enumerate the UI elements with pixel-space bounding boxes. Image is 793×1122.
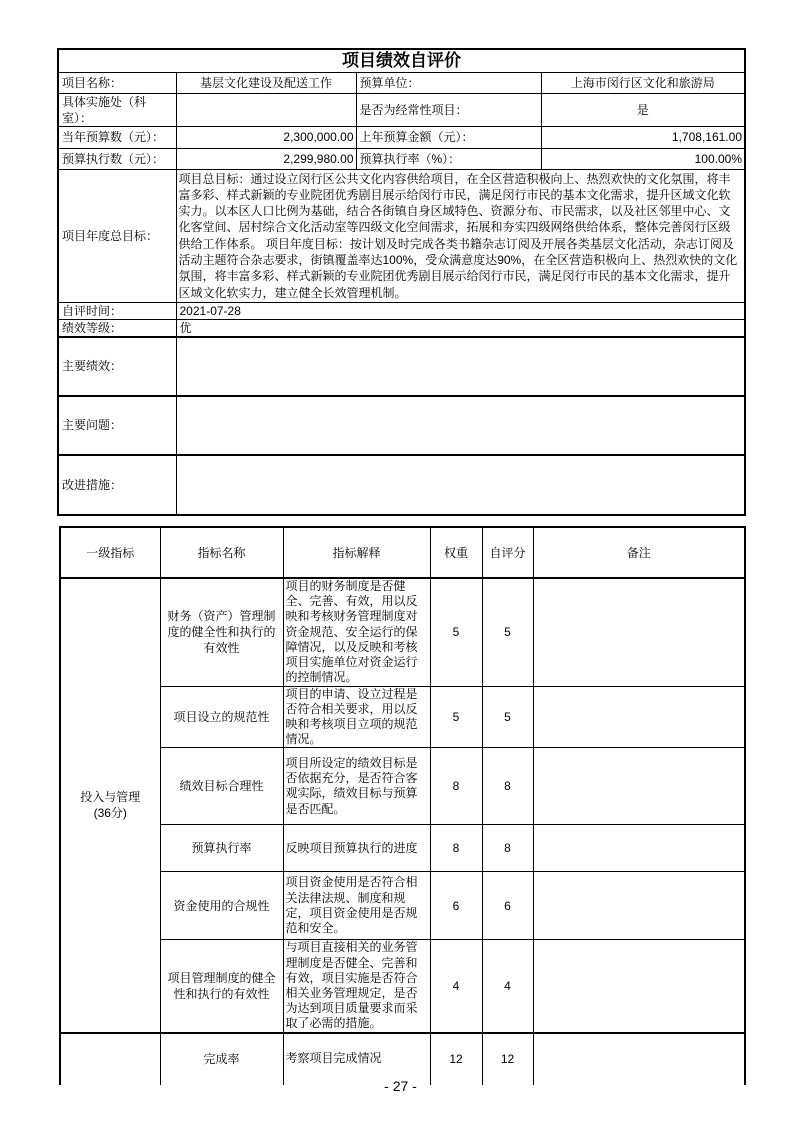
indicator-explain: 项目的申请、设立过程是否符合相关要求，用以反映和考核项目立项的规范情况。 [283,686,430,748]
header-score: 自评分 [482,527,533,578]
indicator-note [533,872,745,940]
indicator-name: 资金使用的合规性 [160,872,283,940]
budget-unit-label: 预算单位： [356,72,541,93]
group-level1-input-management: 投入与管理 (36分) [60,578,160,1033]
indicators-table: 一级指标 指标名称 指标解释 权重 自评分 备注 投入与管理 (36分) 财务（… [59,526,746,1085]
indicator-explain: 项目的财务制度是否健全、完善、有效，用以反映和考核财务管理制度对资金规范、安全运… [283,578,430,686]
indicator-score: 8 [482,748,533,825]
header-name: 指标名称 [160,527,283,578]
summary-table: 项目绩效自评价 项目名称： 基层文化建设及配送工作 预算单位： 上海市闵行区文化… [57,48,746,516]
indicator-score: 6 [482,872,533,940]
indicator-explain: 项目资金使用是否符合相关法律法规、制度和规定，项目资金使用是否规范和安全。 [283,872,430,940]
prev-budget-value: 1,708,161.00 [541,126,745,148]
improvements-value [176,455,745,515]
indicator-name: 完成率 [160,1033,283,1085]
indicator-weight: 8 [430,825,482,872]
eval-date-value: 2021-07-28 [176,302,745,319]
indicator-explain: 考察项目完成情况 [283,1033,430,1085]
budget-unit-value: 上海市闵行区文化和旅游局 [541,72,745,93]
document-page: 项目绩效自评价 项目名称： 基层文化建设及配送工作 预算单位： 上海市闵行区文化… [0,0,793,1122]
indicator-score: 5 [482,578,533,686]
dept-label: 具体实施处（科室）： [58,93,176,126]
indicator-weight: 6 [430,872,482,940]
prev-budget-label: 上年预算金额（元）： [356,126,541,148]
indicator-score: 5 [482,686,533,748]
exec-rate-label: 预算执行率（%）： [356,148,541,169]
indicator-weight: 4 [430,940,482,1033]
achievements-label: 主要绩效： [58,337,176,396]
indicator-explain: 项目所设定的绩效目标是否依据充分，是否符合客观实际，绩效目标与预算是否匹配。 [283,748,430,825]
indicator-score: 8 [482,825,533,872]
header-level1: 一级指标 [60,527,160,578]
indicator-weight: 8 [430,748,482,825]
achievements-value [176,337,745,396]
indicator-score: 12 [482,1033,533,1085]
group-level1-next [60,1033,160,1085]
problems-value [176,396,745,455]
page-title: 项目绩效自评价 [58,49,745,72]
eval-date-label: 自评时间： [58,302,176,319]
dept-value [176,93,356,126]
recurrent-label: 是否为经常性项目： [356,93,541,126]
grade-label: 绩效等级： [58,319,176,337]
indicator-weight: 5 [430,578,482,686]
indicator-name: 项目设立的规范性 [160,686,283,748]
executed-label: 预算执行数（元）： [58,148,176,169]
executed-value: 2,299,980.00 [176,148,356,169]
improvements-label: 改进措施： [58,455,176,515]
project-name-label: 项目名称： [58,72,176,93]
indicator-name: 预算执行率 [160,825,283,872]
header-explain: 指标解释 [283,527,430,578]
page-number: - 27 - [57,1078,744,1094]
indicator-explain: 与项目直接相关的业务管理制度是否健全、完善和有效，项目实施是否符合相关业务管理规… [283,940,430,1033]
exec-rate-value: 100.00% [541,148,745,169]
current-budget-value: 2,300,000.00 [176,126,356,148]
indicator-explain: 反映项目预算执行的进度 [283,825,430,872]
indicator-note [533,686,745,748]
indicator-note [533,825,745,872]
indicator-name: 绩效目标合理性 [160,748,283,825]
current-budget-label: 当年预算数（元）： [58,126,176,148]
indicator-note [533,578,745,686]
indicator-note [533,1033,745,1085]
indicator-weight: 5 [430,686,482,748]
indicator-name: 财务（资产）管理制度的健全性和执行的有效性 [160,578,283,686]
indicator-score: 4 [482,940,533,1033]
annual-goal-text: 项目总目标：通过设立闵行区公共文化内容供给项目，在全区营造积极向上、热烈欢快的文… [176,169,745,302]
header-note: 备注 [533,527,745,578]
grade-value: 优 [176,319,745,337]
recurrent-value: 是 [541,93,745,126]
problems-label: 主要问题： [58,396,176,455]
indicator-name: 项目管理制度的健全性和执行的有效性 [160,940,283,1033]
project-name-value: 基层文化建设及配送工作 [176,72,356,93]
indicator-note [533,940,745,1033]
annual-goal-label: 项目年度总目标： [58,169,176,302]
header-weight: 权重 [430,527,482,578]
indicator-weight: 12 [430,1033,482,1085]
indicator-note [533,748,745,825]
